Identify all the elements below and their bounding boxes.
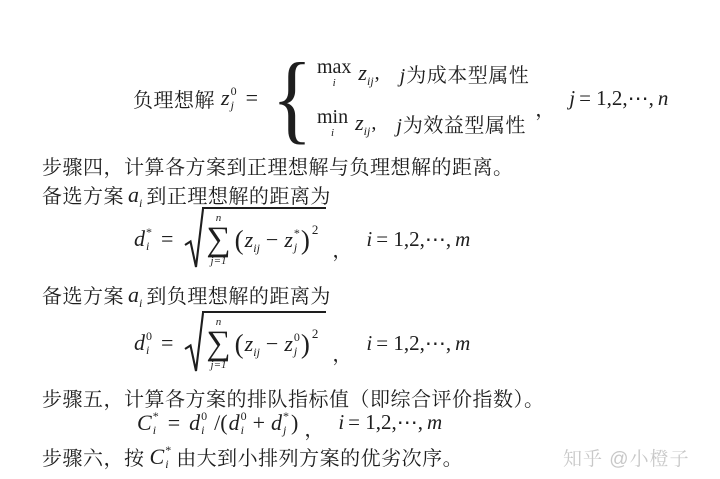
index-range-i: i = 1,2,⋯, m	[366, 227, 470, 252]
alt-neg-suffix: 到负理想解的距离为	[146, 280, 331, 309]
open-paren: (	[235, 331, 244, 358]
var-sub: i	[201, 424, 207, 436]
comma: ,	[371, 112, 376, 135]
var-scripts: 0 i	[241, 410, 247, 436]
formula-distance-negative: d 0 i = n ∑ j=1 ( z ij −	[133, 311, 470, 375]
var-sup: 0	[294, 331, 300, 343]
radical-sign	[184, 207, 204, 271]
var-scripts: * j	[294, 227, 300, 253]
range-var: i	[366, 227, 372, 252]
var-base: d	[134, 332, 145, 354]
formula-negative-ideal: 负理想解 z 0 j = { max i z ij , j	[133, 52, 668, 144]
radicand: n ∑ j=1 ( z ij − z * j ) 2	[202, 207, 326, 269]
var-sub: ij	[367, 74, 374, 89]
square-root: n ∑ j=1 ( z ij − z * j ) 2	[184, 207, 326, 271]
var-base: z	[245, 229, 254, 251]
var-z-ij: z ij	[355, 112, 370, 134]
var-sub: i	[139, 296, 142, 311]
comma: ，	[304, 413, 324, 442]
document-page: 负理想解 z 0 j = { max i z ij , j	[0, 0, 720, 479]
var-sub: ij	[364, 124, 371, 139]
var-sub: i	[146, 344, 152, 356]
var-base: C	[137, 412, 152, 434]
var-sub: ij	[253, 241, 260, 256]
formula-distance-positive: d * i = n ∑ j=1 ( z ij −	[133, 207, 470, 271]
watermark-text: 知乎 @小橙子	[563, 449, 690, 470]
var-base: z	[221, 87, 230, 109]
condition-text: 为成本型属性	[406, 59, 529, 88]
op-label: max	[317, 57, 351, 77]
comma: ,	[375, 62, 380, 85]
var-base: C	[150, 446, 165, 468]
alt-neg-prefix: 备选方案	[42, 280, 124, 309]
square-root: n ∑ j=1 ( z ij − z 0 j ) 2	[184, 311, 326, 375]
var-scripts: 0 j	[294, 331, 300, 357]
op-under: i	[333, 78, 336, 89]
sigma-symbol: ∑	[206, 224, 230, 256]
index-range-j: j = 1,2,⋯, n	[569, 86, 668, 111]
minus-sign: −	[266, 331, 278, 357]
var-base: z	[358, 62, 367, 84]
condition-cost: j 为成本型属性	[400, 59, 530, 88]
var-sup: *	[283, 410, 289, 422]
var-d-star-j: d * j	[271, 410, 289, 436]
condition-benefit: j 为效益型属性	[396, 109, 526, 138]
var-a-i: a i	[128, 284, 142, 306]
var-sup: 0	[201, 410, 207, 422]
range-mid: = 1,2,⋯,	[376, 331, 451, 356]
step4-line: 步骤四，计算各方案到正理想解与负理想解的距离。	[42, 151, 514, 180]
exponent: 2	[312, 326, 319, 342]
var-z-0-j: z 0 j	[221, 85, 237, 111]
max-operator: max i	[317, 57, 351, 89]
alt-pos-prefix: 备选方案	[42, 180, 124, 209]
var-z-ij: z ij	[245, 229, 260, 251]
condition-text: 为效益型属性	[403, 109, 526, 138]
var-sub: i	[165, 458, 171, 470]
range-mid: = 1,2,⋯,	[579, 86, 654, 111]
equals-sign: =	[161, 226, 173, 252]
alt-negative-line: 备选方案 a i 到负理想解的距离为	[42, 280, 331, 309]
var-base: d	[271, 412, 282, 434]
var-z-0-j: z 0 j	[284, 331, 300, 357]
cases-brace: {	[272, 52, 313, 144]
var-C-star-i: C * i	[137, 410, 159, 436]
var-base: a	[128, 184, 139, 206]
range-end: n	[658, 86, 669, 111]
var-C-star-i: C * i	[150, 444, 172, 470]
zhihu-watermark: 知乎 @小橙子	[563, 444, 690, 471]
var-sub: i	[241, 424, 247, 436]
var-base: d	[134, 228, 145, 250]
var-a-i: a i	[128, 184, 142, 206]
var-base: z	[245, 333, 254, 355]
comma: ，	[332, 338, 352, 367]
var-sub: i	[153, 424, 159, 436]
var-z-ij: z ij	[245, 333, 260, 355]
close-paren: )	[291, 410, 298, 436]
exponent: 2	[312, 222, 319, 238]
range-var: i	[338, 410, 344, 435]
alt-positive-line: 备选方案 a i 到正理想解的距离为	[42, 180, 331, 209]
op-label: min	[317, 107, 348, 127]
case-benefit-row: min i z ij , j 为效益型属性	[317, 104, 529, 142]
range-mid: = 1,2,⋯,	[376, 227, 451, 252]
var-z-ij: z ij	[358, 62, 373, 84]
var-sup: 0	[231, 85, 237, 97]
radicand: n ∑ j=1 ( z ij − z 0 j ) 2	[202, 311, 326, 373]
step6-line: 步骤六，按 C * i 由大到小排列方案的优劣次序。	[42, 442, 463, 471]
var-sup: *	[165, 444, 171, 456]
step6-prefix: 步骤六，按	[42, 442, 145, 471]
sum-lower-limit: j=1	[211, 256, 227, 267]
range-var: i	[366, 331, 372, 356]
var-scripts: * i	[146, 226, 152, 252]
equals-sign: =	[168, 410, 180, 436]
var-sub: j	[294, 241, 300, 253]
var-scripts: 0 j	[231, 85, 237, 111]
range-end: m	[455, 227, 470, 252]
var-base: z	[284, 333, 293, 355]
minus-sign: −	[266, 227, 278, 253]
var-sub: i	[146, 240, 152, 252]
var-base: z	[355, 112, 364, 134]
index-range-i: i = 1,2,⋯, m	[338, 410, 442, 435]
var-scripts: * j	[283, 410, 289, 436]
range-mid: = 1,2,⋯,	[348, 410, 423, 435]
outer-comma: ，	[535, 93, 555, 122]
var-base: d	[189, 412, 200, 434]
open-paren: (	[235, 227, 244, 254]
neg-ideal-label: 负理想解	[133, 84, 215, 113]
condition-var: j	[396, 115, 402, 138]
alt-pos-suffix: 到正理想解的距离为	[146, 180, 331, 209]
var-base: a	[128, 284, 139, 306]
summation: n ∑ j=1	[206, 317, 230, 371]
var-base: d	[229, 412, 240, 434]
comma: ，	[332, 234, 352, 263]
var-sup: *	[146, 226, 152, 238]
index-range-i: i = 1,2,⋯, m	[366, 331, 470, 356]
var-scripts: * i	[165, 444, 171, 470]
var-sub: j	[231, 99, 237, 111]
var-sup: 0	[241, 410, 247, 422]
var-base: z	[284, 229, 293, 251]
var-scripts: * i	[153, 410, 159, 436]
var-sup: *	[294, 227, 300, 239]
divide-open-paren: /(	[214, 410, 227, 436]
step4-text: 步骤四，计算各方案到正理想解与负理想解的距离。	[42, 151, 514, 180]
var-sub: j	[283, 424, 289, 436]
cases-block: max i z ij , j 为成本型属性 min i	[317, 54, 529, 142]
var-scripts: 0 i	[146, 330, 152, 356]
op-under: i	[331, 128, 334, 139]
equals-sign: =	[246, 85, 258, 111]
equals-sign: =	[161, 330, 173, 356]
var-d-0-i: d 0 i	[134, 330, 152, 356]
close-paren: )	[301, 331, 310, 358]
var-sub: ij	[253, 345, 260, 360]
sigma-symbol: ∑	[206, 328, 230, 360]
radical-sign	[184, 311, 204, 375]
sum-lower-limit: j=1	[211, 360, 227, 371]
step6-suffix: 由大到小排列方案的优劣次序。	[176, 442, 463, 471]
summation: n ∑ j=1	[206, 213, 230, 267]
var-sup: 0	[146, 330, 152, 342]
range-end: m	[427, 410, 442, 435]
close-paren: )	[301, 227, 310, 254]
var-scripts: 0 i	[201, 410, 207, 436]
case-cost-row: max i z ij , j 为成本型属性	[317, 54, 529, 92]
range-end: m	[455, 331, 470, 356]
min-operator: min i	[317, 107, 348, 139]
range-var: j	[569, 86, 575, 111]
condition-var: j	[400, 65, 406, 88]
formula-rank-index: C * i = d 0 i /( d 0 i + d *	[136, 408, 442, 437]
var-d-0-i: d 0 i	[189, 410, 207, 436]
var-sup: *	[153, 410, 159, 422]
var-d-star-i: d * i	[134, 226, 152, 252]
var-sub: j	[294, 345, 300, 357]
plus-sign: +	[253, 410, 265, 436]
var-d-0-i: d 0 i	[229, 410, 247, 436]
var-z-star-j: z * j	[284, 227, 300, 253]
